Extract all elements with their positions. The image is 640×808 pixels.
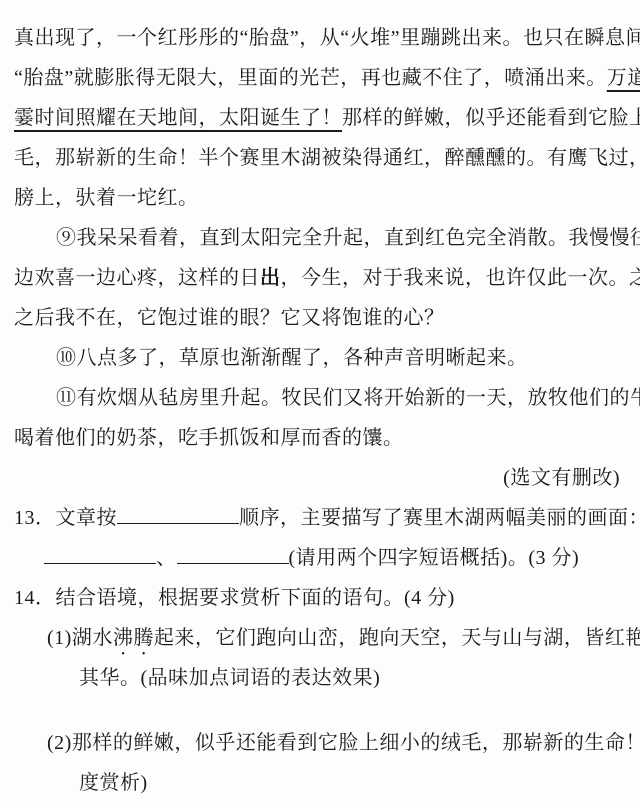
question-14-sub-1-line-1: (1)湖水沸腾起来，它们跑向山峦，跑向天空，天与山与湖，皆红艳艳的，灼灼 — [14, 618, 628, 658]
answer-blank — [177, 539, 289, 564]
passage-line: 真出现了，一个红彤彤的“胎盘”，从“火堆”里蹦跳出来。也只在瞬息间，那 — [14, 18, 628, 58]
passage-text: 膀上，驮着一坨红。 — [14, 187, 199, 209]
passage-text: ⑨我呆呆看着，直到太阳完全升起，直到红色完全消散。我慢慢往回走，一 — [56, 227, 640, 249]
question-14-stem: 14．结合语境，根据要求赏析下面的语句。(4 分) — [14, 578, 628, 618]
question-13-line-2: 、(请用两个四字短语概括)。(3 分) — [14, 538, 628, 578]
source-note: (选文有删改) — [14, 458, 628, 498]
quote-text: 起来，它们跑向山峦，跑向天空，天与山与湖，皆红艳艳的，灼灼 — [154, 627, 640, 649]
answer-blank — [117, 499, 239, 524]
passage-text: 喝着他们的奶茶，吃手抓饭和厚而香的馕。 — [14, 427, 404, 449]
quote-text: (1)湖水 — [47, 627, 113, 649]
underlined-sentence: 万道金光， — [607, 67, 640, 89]
bold-word: 出 — [260, 267, 281, 289]
passage-line-para-10: ⑩八点多了，草原也渐渐醒了，各种声音明晰起来。 — [14, 338, 628, 378]
question-13-post: 顺序，主要描写了赛里木湖两幅美丽的画面： — [239, 507, 640, 529]
exam-page: 真出现了，一个红彤彤的“胎盘”，从“火堆”里蹦跳出来。也只在瞬息间，那 “胎盘”… — [0, 0, 640, 808]
quote-text: 其华。(品味加点词语的表达效果) — [79, 667, 380, 689]
passage-text: 真出现了，一个红彤彤的“胎盘”，从“火堆”里蹦跳出来。也只在瞬息间，那 — [14, 27, 640, 49]
passage-line: 毛，那崭新的生命！半个赛里木湖被染得通红，醉醺醺的。有鹰飞过，黑色的翅 — [14, 138, 628, 178]
question-14-sub-2-line-2: 度赏析) — [14, 763, 628, 803]
question-14: 14．结合语境，根据要求赏析下面的语句。(4 分) (1)湖水沸腾起来，它们跑向… — [14, 578, 628, 803]
passage-line-para-9: ⑨我呆呆看着，直到太阳完全升起，直到红色完全消散。我慢慢往回走，一 — [14, 218, 628, 258]
question-13-pre: 13．文章按 — [14, 507, 117, 529]
question-14-sub-1-line-2: 其华。(品味加点词语的表达效果) — [14, 658, 628, 698]
passage-text: 之后我不在，它饱过谁的眼？它又将饱谁的心？ — [14, 307, 445, 329]
question-14-stem-text: 14．结合语境，根据要求赏析下面的语句。(4 分) — [14, 587, 455, 609]
quote-text: (2)那样的鲜嫩，似乎还能看到它脸上细小的绒毛，那崭新的生命！(从修辞角 — [47, 732, 640, 754]
passage-text: “胎盘”就膨胀得无限大，里面的光芒，再也藏不住了，喷涌出来。 — [14, 67, 607, 89]
passage-text: ⑩八点多了，草原也渐渐醒了，各种声音明晰起来。 — [56, 347, 528, 369]
passage-line: 霎时间照耀在天地间，太阳诞生了！那样的鲜嫩，似乎还能看到它脸上细小的绒 — [14, 98, 628, 138]
passage-line: 边欢喜一边心疼，这样的日出，今生，对于我来说，也许仅此一次。之前我不在， — [14, 258, 628, 298]
answer-blank — [44, 539, 156, 564]
passage-text: ，今生，对于我来说，也许仅此一次。之前我不在， — [281, 267, 640, 289]
passage-line: 膀上，驮着一坨红。 — [14, 178, 628, 218]
passage-text: 毛，那崭新的生命！半个赛里木湖被染得通红，醉醺醺的。有鹰飞过，黑色的翅 — [14, 147, 640, 169]
passage: 真出现了，一个红彤彤的“胎盘”，从“火堆”里蹦跳出来。也只在瞬息间，那 “胎盘”… — [14, 18, 628, 498]
passage-text: 边欢喜一边心疼，这样的日 — [14, 267, 260, 289]
question-13: 13．文章按顺序，主要描写了赛里木湖两幅美丽的画面： 、(请用两个四字短语概括)… — [14, 498, 628, 578]
passage-line: 喝着他们的奶茶，吃手抓饭和厚而香的馕。 — [14, 418, 628, 458]
question-13-tail: (请用两个四字短语概括)。(3 分) — [289, 547, 580, 569]
passage-text: ⑪有炊烟从毡房里升起。牧民们又将开始新的一天，放牧他们的牛羊和孩子， — [56, 387, 640, 409]
source-note-text: (选文有删改) — [503, 467, 620, 489]
passage-line-para-11: ⑪有炊烟从毡房里升起。牧民们又将开始新的一天，放牧他们的牛羊和孩子， — [14, 378, 628, 418]
passage-line: 之后我不在，它饱过谁的眼？它又将饱谁的心？ — [14, 298, 628, 338]
emphasized-word: 沸腾 — [113, 627, 154, 649]
blank-separator: 、 — [156, 547, 177, 569]
underlined-sentence: 霎时间照耀在天地间，太阳诞生了！ — [14, 107, 342, 129]
question-14-sub-2-line-1: (2)那样的鲜嫩，似乎还能看到它脸上细小的绒毛，那崭新的生命！(从修辞角 — [14, 723, 628, 763]
quote-text: 度赏析) — [79, 772, 148, 794]
passage-text: 那样的鲜嫩，似乎还能看到它脸上细小的绒 — [342, 107, 640, 129]
passage-line: “胎盘”就膨胀得无限大，里面的光芒，再也藏不住了，喷涌出来。万道金光， — [14, 58, 628, 98]
question-13-line-1: 13．文章按顺序，主要描写了赛里木湖两幅美丽的画面： — [14, 498, 628, 538]
